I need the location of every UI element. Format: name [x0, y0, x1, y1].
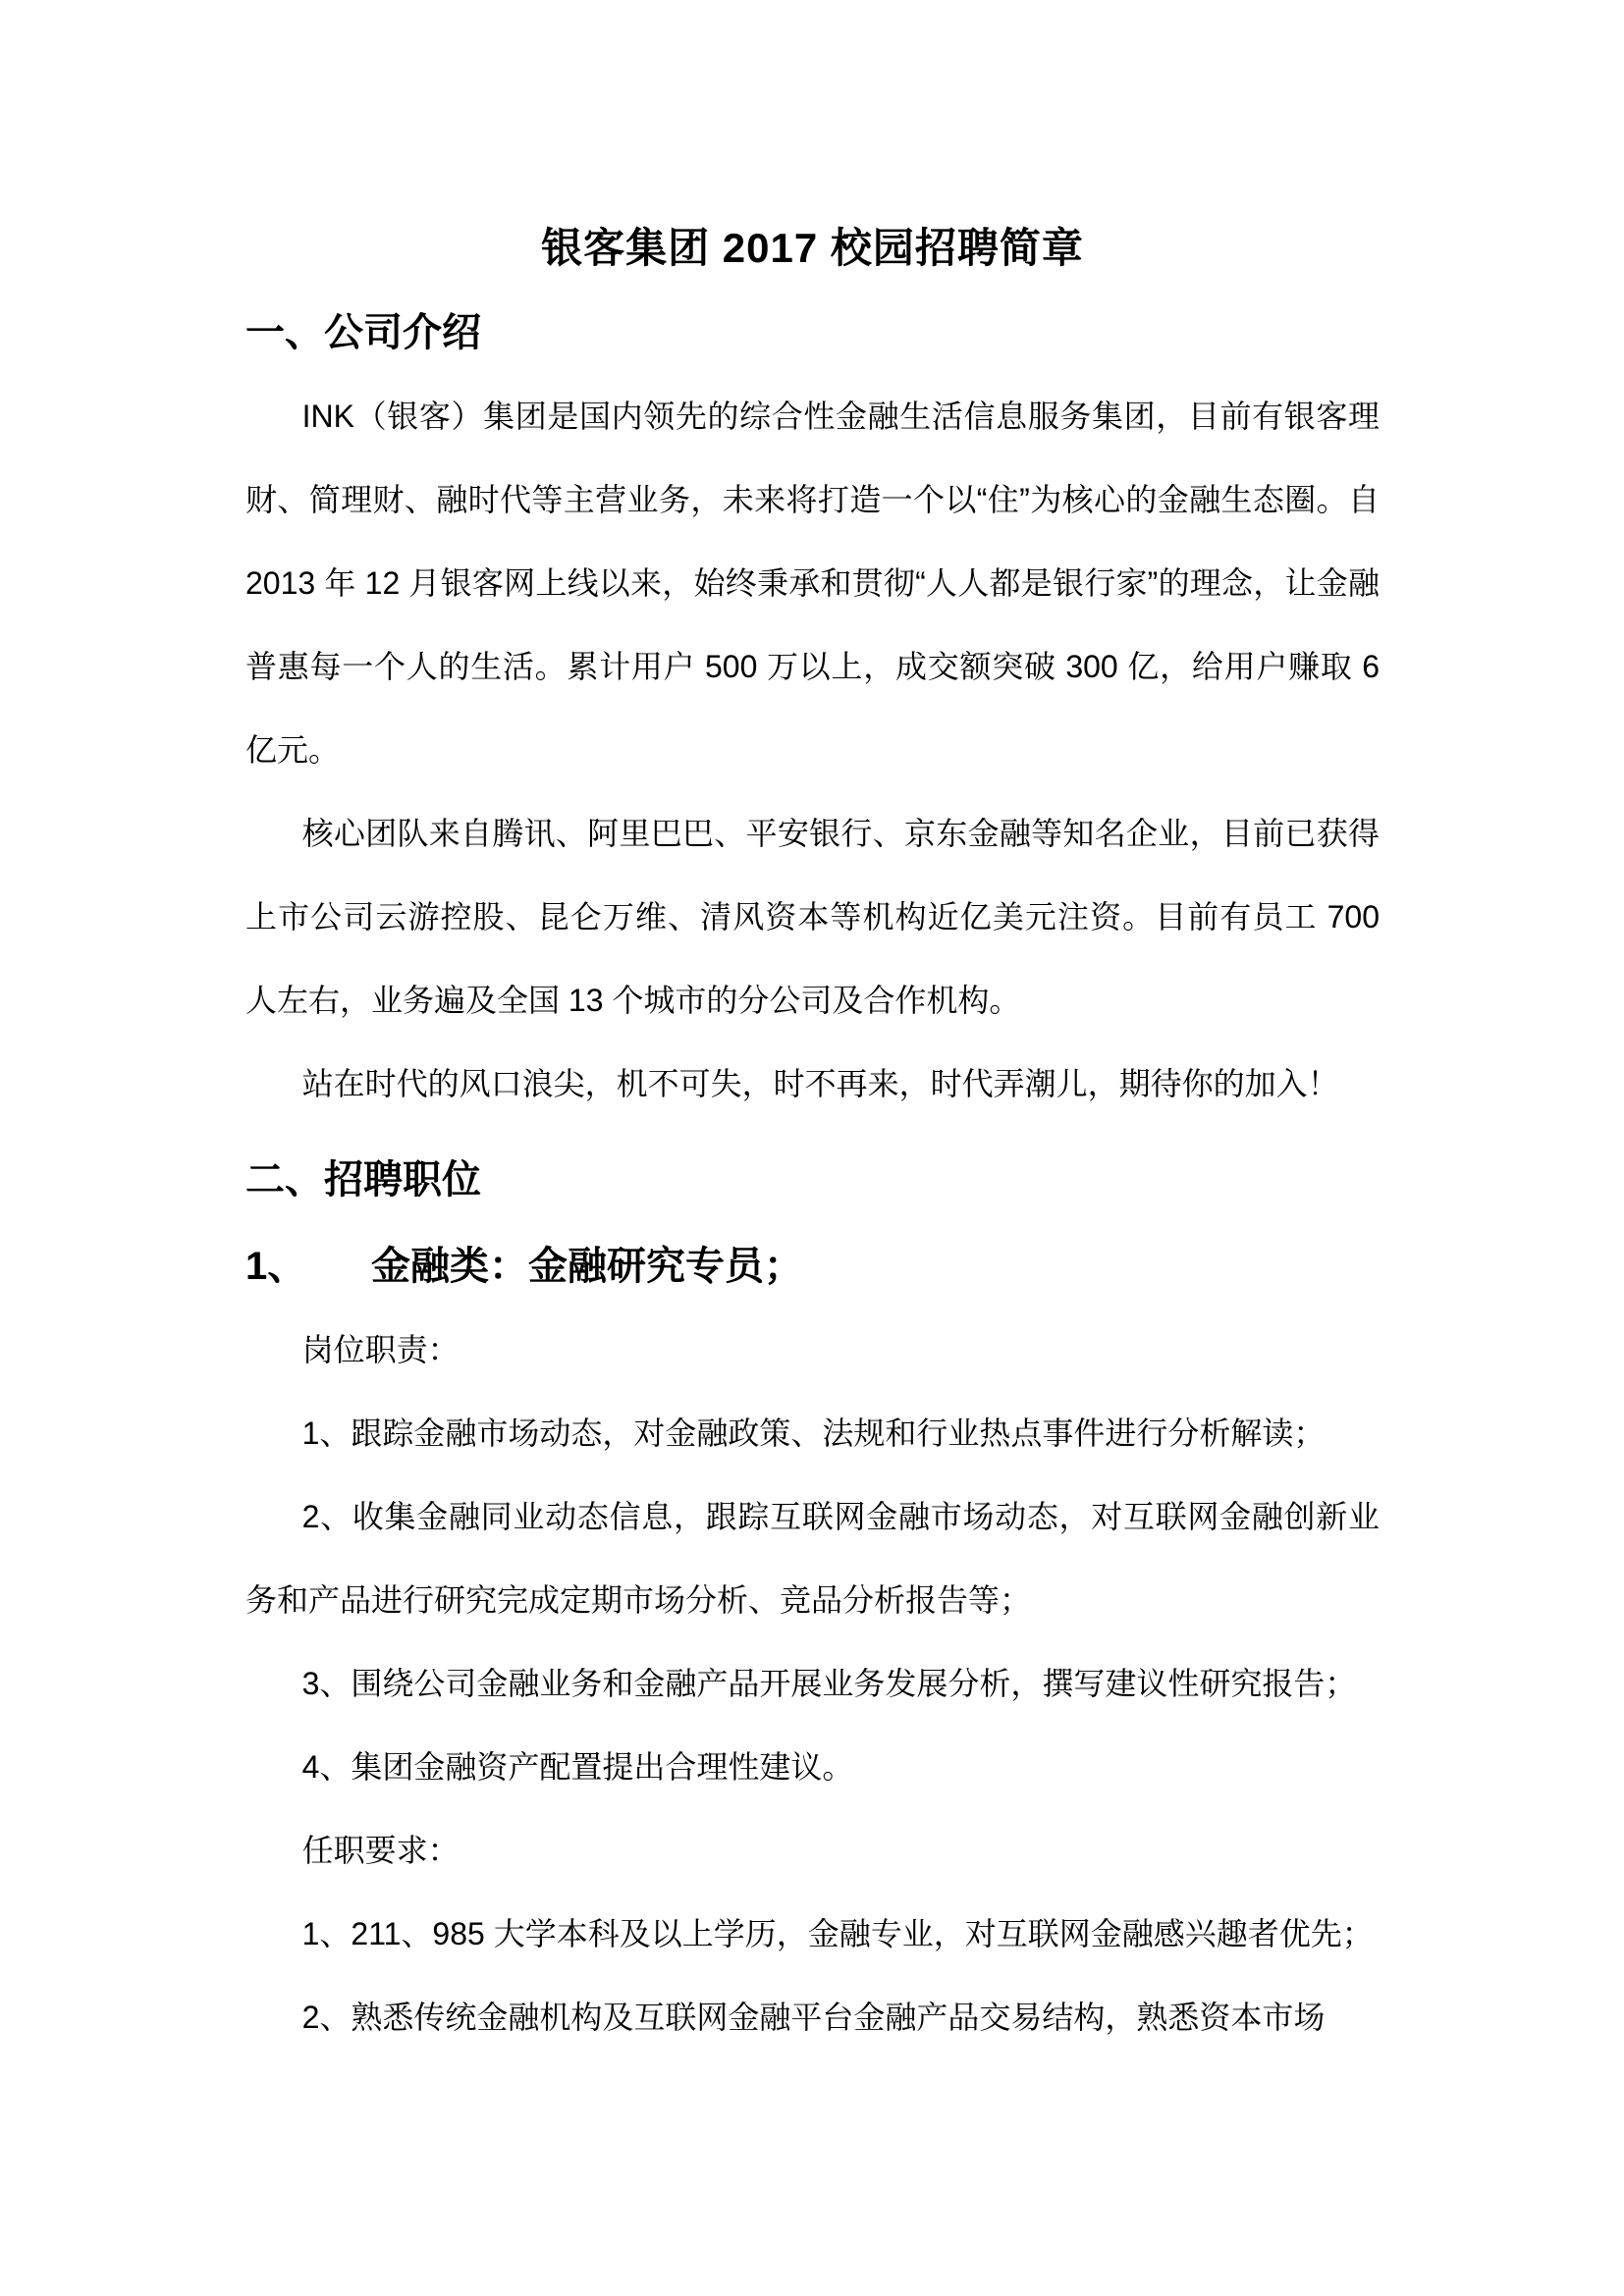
duty-item-4: 4、集团金融资产配置提出合理性建议。 [245, 1726, 1380, 1809]
page-content: 银客集团 2017 校园招聘简章 一、公司介绍 INK（银客）集团是国内领先的综… [245, 0, 1380, 2059]
section-heading-company-intro: 一、公司介绍 [245, 302, 1380, 363]
duty-item-2: 2、收集金融同业动态信息，跟踪互联网金融市场动态，对互联网金融创新业务和产品进行… [245, 1475, 1380, 1642]
document-page: { "page": { "background": "#ffffff", "te… [0, 0, 1624, 2296]
requirement-item-2: 2、熟悉传统金融机构及互联网金融平台金融产品交易结构，熟悉资本市场 [245, 1976, 1380, 2059]
position-heading: 1、金融类：金融研究专员； [245, 1225, 1380, 1308]
duties-label: 岗位职责： [245, 1308, 1380, 1392]
paragraph-company-intro-1: INK（银客）集团是国内领先的综合性金融生活信息服务集团，目前有银客理财、简理财… [245, 375, 1380, 792]
duty-item-3: 3、围绕公司金融业务和金融产品开展业务发展分析，撰写建议性研究报告； [245, 1642, 1380, 1726]
requirements-label: 任职要求： [245, 1809, 1380, 1893]
paragraph-company-intro-2: 核心团队来自腾讯、阿里巴巴、平安银行、京东金融等知名企业，目前已获得上市公司云游… [245, 792, 1380, 1042]
duty-item-1: 1、跟踪金融市场动态，对金融政策、法规和行业热点事件进行分析解读； [245, 1392, 1380, 1475]
section-heading-positions: 二、招聘职位 [245, 1149, 1380, 1210]
page-title: 银客集团 2017 校园招聘简章 [245, 218, 1380, 279]
requirement-item-1: 1、211、985 大学本科及以上学历，金融专业，对互联网金融感兴趣者优先； [245, 1893, 1380, 1976]
position-number: 1、 [245, 1225, 371, 1308]
position-title: 金融类：金融研究专员； [371, 1245, 803, 1288]
paragraph-company-intro-3: 站在时代的风口浪尖，机不可失，时不再来，时代弄潮儿，期待你的加入！ [245, 1042, 1380, 1126]
